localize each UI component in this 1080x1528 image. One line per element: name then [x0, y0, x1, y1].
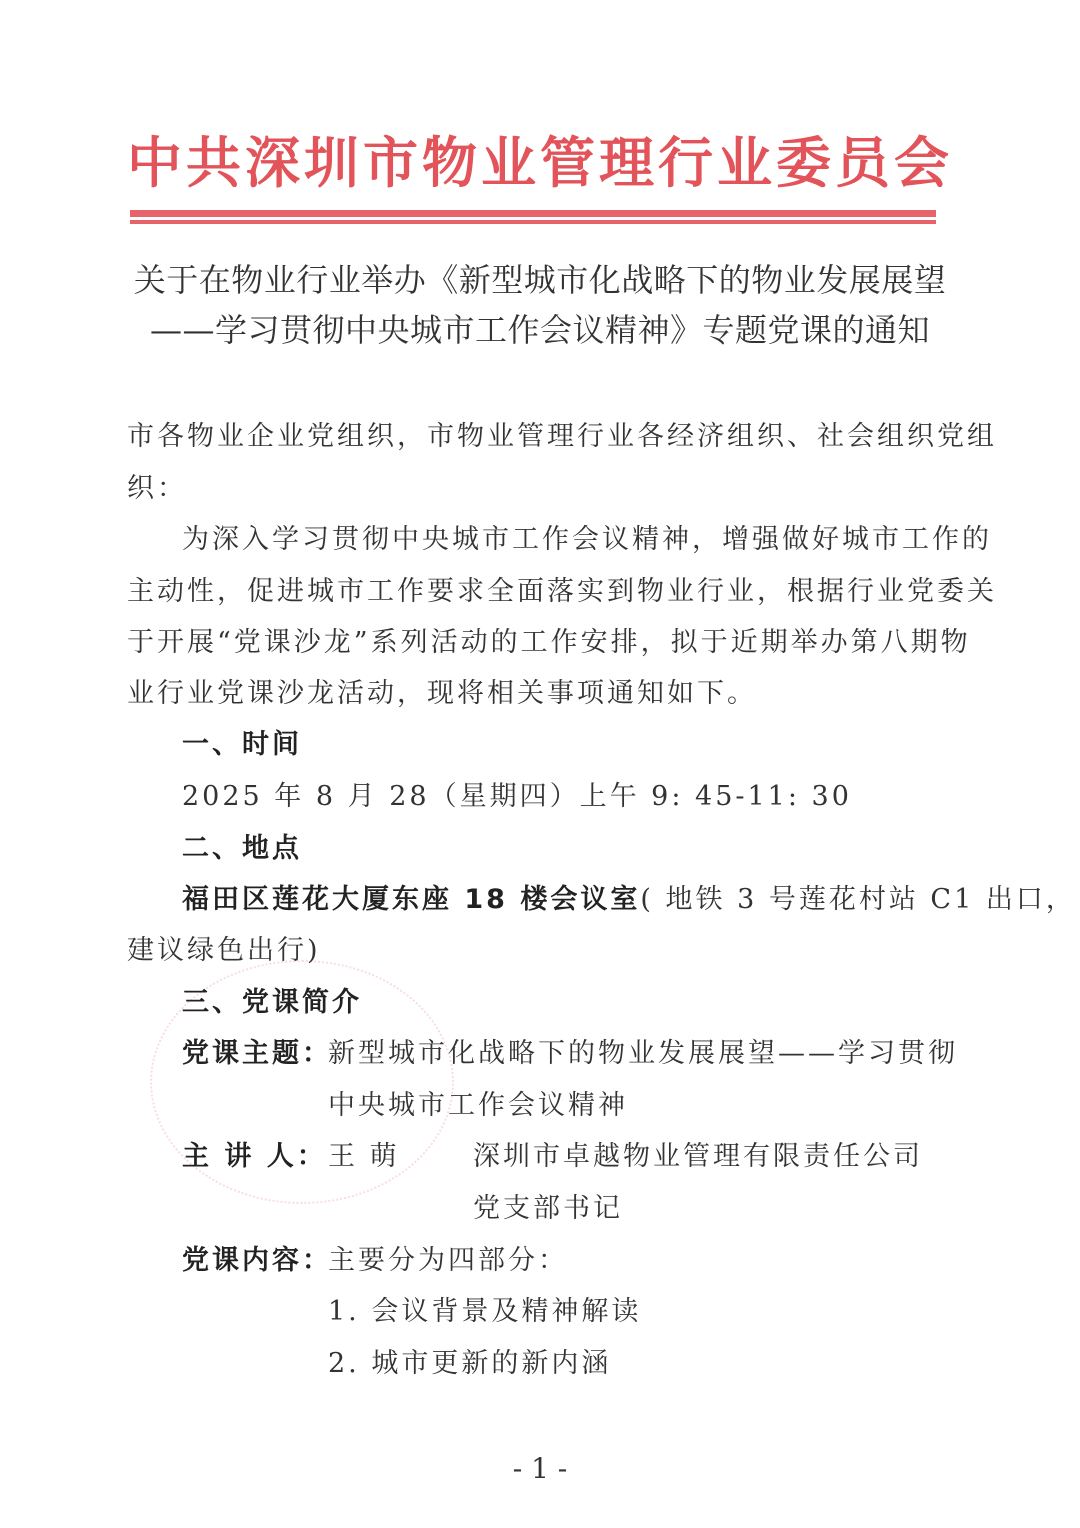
speaker-label: 主 讲 人： [182, 1140, 327, 1174]
topic-line2: 中央城市工作会议精神 [328, 1089, 628, 1123]
topic-line1: 新型城市化战略下的物业发展展望——学习贯彻 [328, 1037, 958, 1071]
topic-label: 党课主题： [182, 1037, 332, 1071]
document-title-line1: 关于在物业行业举办《新型城市化战略下的物业发展展望 [0, 262, 1080, 298]
document-title-line2: ——学习贯彻中央城市工作会议精神》专题党课的通知 [0, 312, 1080, 348]
content-intro: 主要分为四部分： [328, 1244, 568, 1278]
content-label: 党课内容： [182, 1244, 332, 1278]
content-item-2: 2. 城市更新的新内涵 [328, 1347, 611, 1381]
intro-line1: 为深入学习贯彻中央城市工作会议精神，增强做好城市工作的 [182, 523, 992, 557]
speaker-org-line2: 党支部书记 [473, 1192, 623, 1226]
location-line2: 建议绿色出行) [127, 934, 321, 968]
time-value: 2025 年 8 月 28（星期四）上午 9: 45-11: 30 [182, 780, 852, 814]
section-heading-lecture: 三、党课简介 [182, 986, 362, 1020]
venue-note: ( 地铁 3 号莲花村站 C1 出口， [640, 884, 1075, 915]
page-number: - 1 - [0, 1452, 1080, 1485]
speaker-name: 王 萌 [328, 1140, 400, 1174]
intro-line4: 业行业党课沙龙活动，现将相关事项通知如下。 [127, 677, 757, 711]
speaker-org-line1: 深圳市卓越物业管理有限责任公司 [473, 1140, 923, 1174]
content-item-1: 1. 会议背景及精神解读 [328, 1295, 641, 1329]
section-heading-time: 一、时间 [182, 728, 302, 762]
intro-line3: 于开展“党课沙龙”系列活动的工作安排，拟于近期举办第八期物 [127, 626, 971, 660]
masthead-rule-thin [130, 220, 936, 224]
venue-name: 福田区莲花大厦东座 18 楼会议室 [182, 884, 640, 915]
masthead-rule-thick [130, 210, 936, 217]
intro-line2: 主动性，促进城市工作要求全面落实到物业行业，根据行业党委关 [127, 575, 997, 609]
section-heading-location: 二、地点 [182, 832, 302, 866]
masthead-title: 中共深圳市物业管理行业委员会 [0, 128, 1080, 198]
location-line1: 福田区莲花大厦东座 18 楼会议室( 地铁 3 号莲花村站 C1 出口， [182, 883, 1076, 917]
addressee-line1: 市各物业企业党组织，市物业管理行业各经济组织、社会组织党组 [127, 420, 997, 454]
addressee-line2: 织： [127, 472, 187, 506]
